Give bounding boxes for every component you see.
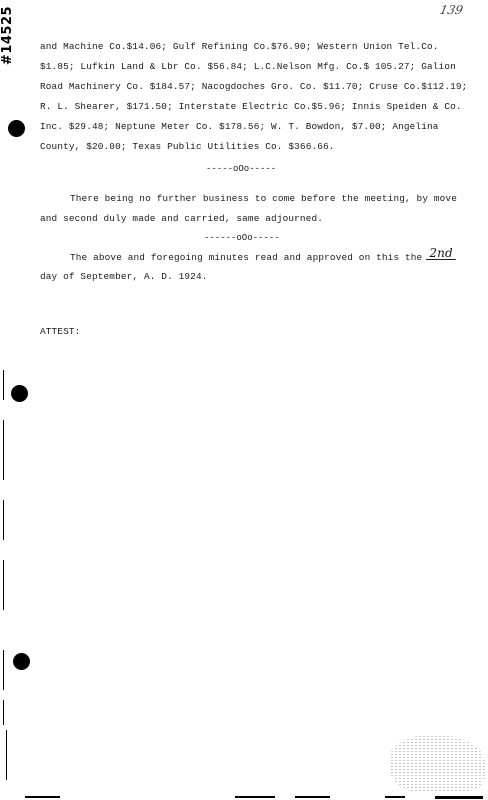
margin-scan-line bbox=[3, 420, 4, 480]
margin-scan-line bbox=[3, 500, 4, 540]
scanned-document-page: #14525 139 and Machine Co.$14.06; Gulf R… bbox=[0, 0, 488, 800]
scan-edge-line bbox=[385, 796, 405, 798]
punch-hole-icon bbox=[13, 653, 30, 670]
scan-edge-line bbox=[235, 796, 275, 798]
text-line: and second duly made and carried, same a… bbox=[40, 213, 323, 225]
margin-scan-line bbox=[3, 700, 4, 725]
attest-label: ATTEST: bbox=[40, 326, 80, 338]
approval-text: The above and foregoing minutes read and… bbox=[70, 252, 422, 263]
text-line: R. L. Shearer, $171.50; Interstate Elect… bbox=[40, 101, 462, 113]
text-line: The above and foregoing minutes read and… bbox=[70, 250, 456, 264]
scan-edge-line bbox=[295, 796, 330, 798]
text-line: County, $20.00; Texas Public Utilities C… bbox=[40, 141, 335, 153]
margin-scan-line bbox=[3, 560, 4, 610]
scan-edge-line bbox=[435, 796, 483, 799]
text-line: day of September, A. D. 1924. bbox=[40, 271, 208, 283]
stamp-number: #14525 bbox=[1, 5, 16, 64]
document-number-stamp: #14525 bbox=[1, 4, 15, 66]
margin-scan-line bbox=[3, 370, 4, 400]
punch-hole-icon bbox=[8, 120, 25, 137]
text-line: Inc. $29.48; Neptune Meter Co. $178.56; … bbox=[40, 121, 439, 133]
section-separator: ------oOo----- bbox=[204, 232, 280, 244]
scan-edge-line bbox=[25, 796, 60, 798]
text-line: There being no further business to come … bbox=[70, 193, 457, 205]
text-line: Road Machinery Co. $184.57; Nacogdoches … bbox=[40, 81, 467, 93]
margin-scan-line bbox=[6, 760, 7, 780]
handwritten-day: 2nd bbox=[426, 247, 456, 260]
text-line: $1.85; Lufkin Land & Lbr Co. $56.84; L.C… bbox=[40, 61, 456, 73]
handwritten-page-number: 139 bbox=[439, 3, 465, 17]
text-line: and Machine Co.$14.06; Gulf Refining Co.… bbox=[40, 41, 439, 53]
margin-scan-line bbox=[6, 730, 7, 760]
punch-hole-icon bbox=[11, 385, 28, 402]
section-separator: -----oOo----- bbox=[206, 163, 276, 175]
margin-scan-line bbox=[3, 650, 4, 690]
scan-noise-speckle bbox=[390, 735, 485, 793]
